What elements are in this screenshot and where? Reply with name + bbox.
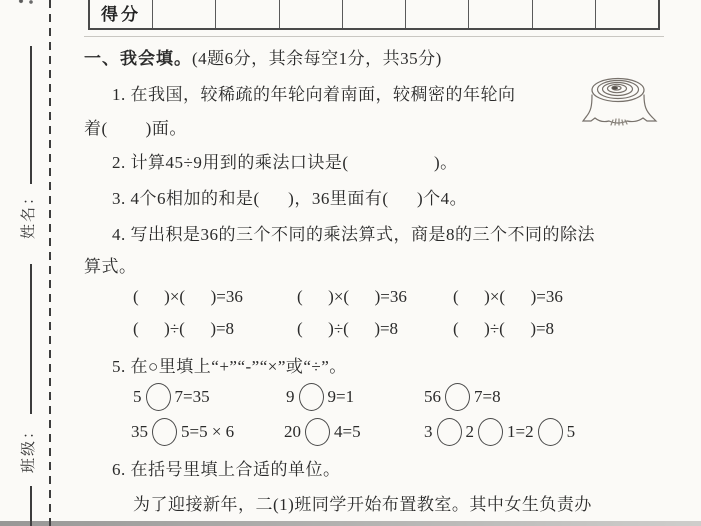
operator-circle (437, 418, 462, 446)
score-table-empty-cell (215, 0, 278, 28)
q5-equation: 321=25 (424, 418, 575, 446)
q5-equation: 204=5 (284, 418, 361, 446)
binding-dashed-line (49, 0, 51, 526)
print-artifact (18, 0, 36, 5)
score-table-empty-cell (405, 0, 468, 28)
section-points-note: (4题6分，其余每空1分，共35分) (192, 49, 442, 68)
score-table-empty-cell (532, 0, 595, 28)
division-blank-equation: ( )÷( )=8 (133, 319, 234, 339)
scan-bottom-edge-shadow (0, 521, 701, 526)
middle-write-line (30, 264, 32, 414)
question-2: 2. 计算45÷9用到的乘法口诀是( )。 (112, 148, 458, 173)
score-table-empty-cell (152, 0, 215, 28)
score-table-empty-cell (342, 0, 405, 28)
question-4-line-2: 算式。 (84, 252, 137, 277)
question-1-line-2: 着( )面。 (84, 114, 187, 139)
name-label: 姓名： (8, 184, 46, 242)
multiplication-blank-equation: ( )×( )=36 (297, 287, 407, 307)
question-6-line-2: 为了迎接新年，二(1)班同学开始布置教室。其中女生负责办 (133, 490, 592, 515)
division-blank-equation: ( )÷( )=8 (297, 319, 398, 339)
operator-circle (146, 383, 171, 411)
score-table: 得分 (88, 0, 660, 30)
operator-circle (152, 418, 177, 446)
score-label: 得分 (101, 0, 141, 25)
section-title: 一、我会填。 (84, 49, 192, 68)
q5-equation: 355=5 × 6 (131, 418, 234, 446)
class-label: 班级： (8, 418, 46, 476)
tree-stump-illustration (581, 73, 659, 135)
question-5-prompt: 5. 在○里填上“+”“-”“×”或“÷”。 (112, 352, 347, 377)
class-write-line (30, 486, 32, 526)
score-table-empty-cell (468, 0, 531, 28)
division-blank-equation: ( )÷( )=8 (453, 319, 554, 339)
score-table-empty-cell (279, 0, 342, 28)
name-write-line (30, 46, 32, 184)
multiplication-blank-equation: ( )×( )=36 (453, 287, 563, 307)
operator-circle (445, 383, 470, 411)
operator-circle (478, 418, 503, 446)
operator-circle (299, 383, 324, 411)
exam-paper-scan: { "margin": { "name_label": "姓名：", "clas… (0, 0, 701, 526)
table-scan-shadow (84, 36, 664, 37)
question-3: 3. 4个6相加的和是( )，36里面有( )个4。 (112, 184, 467, 209)
operator-circle (538, 418, 563, 446)
section-heading: 一、我会填。(4题6分，其余每空1分，共35分) (84, 44, 442, 69)
q5-equation: 567=8 (424, 383, 501, 411)
operator-circle (305, 418, 330, 446)
q5-equation: 57=35 (133, 383, 210, 411)
multiplication-blank-equation: ( )×( )=36 (133, 287, 243, 307)
q5-equation: 99=1 (286, 383, 354, 411)
question-1-line-1: 1. 在我国，较稀疏的年轮向着南面，较稠密的年轮向 (112, 80, 516, 105)
question-4-line-1: 4. 写出积是36的三个不同的乘法算式，商是8的三个不同的除法 (112, 220, 595, 245)
score-table-empty-cell (595, 0, 658, 28)
question-6-line-1: 6. 在括号里填上合适的单位。 (112, 455, 341, 480)
score-table-label-cell: 得分 (90, 0, 152, 28)
